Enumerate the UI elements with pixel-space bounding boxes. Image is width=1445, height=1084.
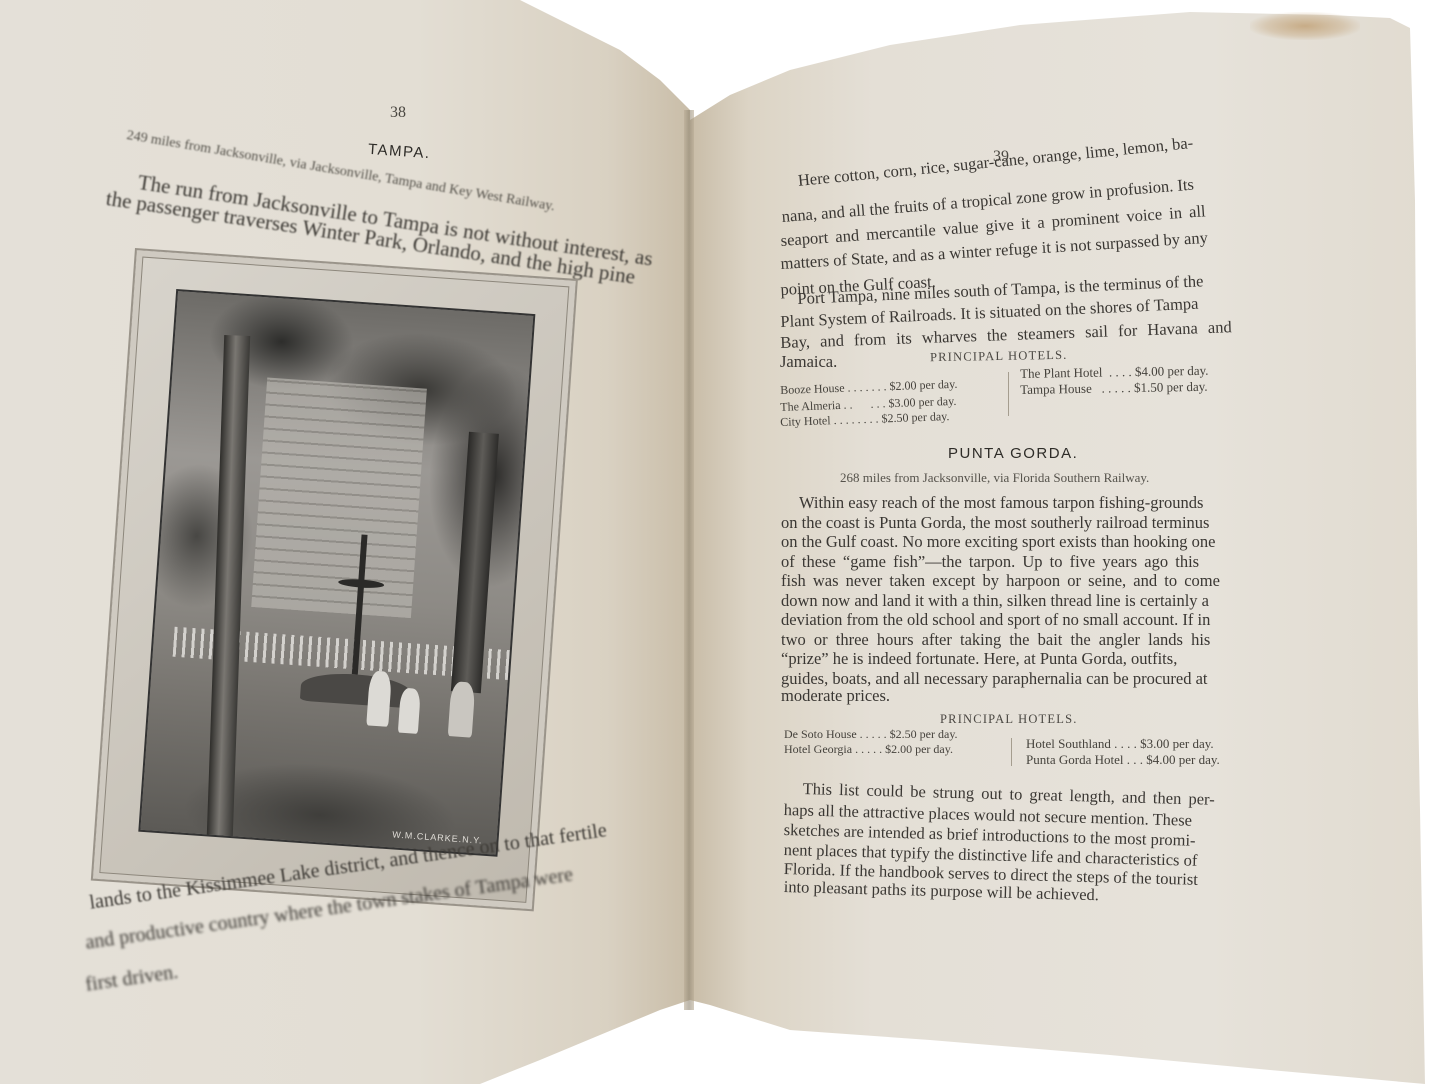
hotel-name: City Hotel — [780, 413, 831, 429]
hotel-rate: $2.50 per day. — [890, 727, 958, 741]
punta-gorda-distance-subheading: 268 miles from Jacksonville, via Florida… — [840, 470, 1149, 486]
hotel-rate: $2.00 per day. — [889, 377, 957, 393]
hotel-column-divider — [1011, 738, 1012, 766]
paragraph-line: down now and land it with a thin, silken… — [781, 591, 1209, 611]
tampa-para2-line-4: Jamaica. — [780, 352, 837, 372]
hotel-name: Hotel Georgia — [784, 742, 852, 756]
hotel-name: Punta Gorda Hotel — [1026, 752, 1123, 767]
hotel-name: Booze House — [780, 381, 845, 397]
book-gutter — [684, 110, 694, 1010]
hotel-name: The Plant Hotel — [1020, 365, 1103, 381]
paragraph-line: moderate prices. — [781, 686, 890, 706]
fountain-base — [300, 671, 412, 709]
palm-trunk — [206, 335, 250, 846]
hotel-rate: $4.00 per day. — [1135, 363, 1209, 379]
child-figure — [448, 681, 476, 738]
hotel-rate: $2.00 per day. — [885, 742, 953, 756]
hotel-column-divider — [1008, 372, 1009, 416]
paragraph-line: fish was never taken except by harpoon o… — [781, 571, 1220, 591]
hotel-name: Hotel Southland — [1026, 736, 1111, 751]
paragraph-line: Within easy reach of the most famous tar… — [799, 493, 1203, 513]
hotel-rate: $3.00 per day. — [1140, 736, 1214, 751]
hotel-name: The Almeria — [780, 398, 841, 414]
paragraph-line: on the Gulf coast. No more exciting spor… — [781, 532, 1215, 552]
paragraph-line: of these “game fish”—the tarpon. Up to f… — [781, 552, 1199, 572]
paragraph-line: two or three hours after taking the bait… — [781, 630, 1210, 650]
hotel-row: Tampa House . . . . . $1.50 per day. — [1020, 379, 1208, 398]
punta-gorda-hotels-title: PRINCIPAL HOTELS. — [940, 712, 1078, 727]
hotel-row: De Soto House . . . . . $2.50 per day. — [784, 727, 958, 742]
child-figure — [366, 670, 392, 726]
hotel-rate: $2.50 per day. — [881, 409, 949, 425]
hotel-name: De Soto House — [784, 727, 857, 741]
park-engraving-illustration: W.M.CLARKE.N.Y. — [138, 289, 535, 857]
page-number-left: 38 — [390, 104, 406, 122]
paragraph-line: on the coast is Punta Gorda, the most so… — [781, 513, 1209, 533]
hotel-rate: $4.00 per day. — [1146, 752, 1220, 767]
hotel-name: Tampa House — [1020, 381, 1092, 397]
paper-stain — [1250, 12, 1360, 40]
hotel-row: Hotel Southland . . . . $3.00 per day. — [1026, 736, 1214, 752]
paragraph-line: deviation from the old school and sport … — [781, 610, 1210, 630]
hotel-rate: $1.50 per day. — [1134, 379, 1208, 395]
hotel-row: Punta Gorda Hotel . . . $4.00 per day. — [1026, 752, 1220, 768]
hotel-row: Hotel Georgia . . . . . $2.00 per day. — [784, 742, 953, 757]
illustration-frame: W.M.CLARKE.N.Y. — [91, 248, 578, 911]
tampa-hotels-title: PRINCIPAL HOTELS. — [930, 348, 1068, 365]
child-figure — [398, 688, 421, 734]
paragraph-line: “prize” he is indeed fortunate. Here, at… — [781, 649, 1177, 669]
section-heading-punta-gorda: PUNTA GORDA. — [948, 445, 1078, 462]
hotel-rate: $3.00 per day. — [888, 394, 956, 410]
